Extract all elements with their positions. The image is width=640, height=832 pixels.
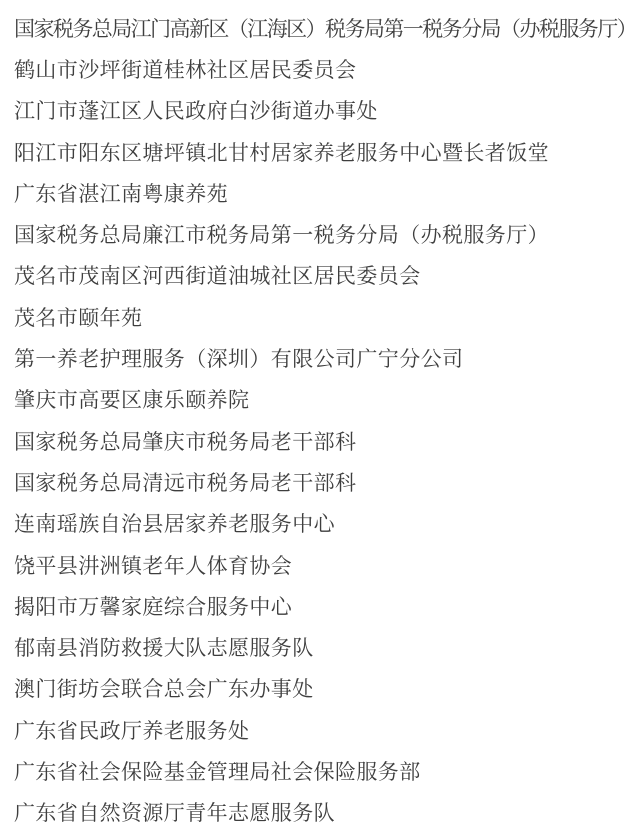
organization-name-text: 广东省社会保险基金管理局社会保险服务部 bbox=[14, 756, 421, 786]
organization-name-text: 江门市蓬江区人民政府白沙街道办事处 bbox=[14, 95, 378, 125]
list-item: 广东省湛江南粤康养苑 bbox=[14, 172, 636, 213]
organization-name-list: 国家税务总局江门高新区（江海区）税务局第一税务分局（办税服务厅） 鹤山市沙坪街道… bbox=[0, 0, 640, 832]
list-item: 肇庆市高要区康乐颐养院 bbox=[14, 379, 636, 420]
organization-name-text: 饶平县汫洲镇老年人体育协会 bbox=[14, 550, 292, 580]
organization-name-text: 国家税务总局江门高新区（江海区）税务局第一税务分局（办税服务厅） bbox=[14, 13, 636, 43]
organization-name-text: 茂名市茂南区河西街道油城社区居民委员会 bbox=[14, 260, 421, 290]
organization-name-text: 澳门街坊会联合总会广东办事处 bbox=[14, 673, 314, 703]
list-item: 国家税务总局江门高新区（江海区）税务局第一税务分局（办税服务厅） bbox=[14, 7, 636, 48]
list-item: 饶平县汫洲镇老年人体育协会 bbox=[14, 544, 636, 585]
list-item: 茂名市茂南区河西街道油城社区居民委员会 bbox=[14, 255, 636, 296]
organization-name-text: 郁南县消防救援大队志愿服务队 bbox=[14, 632, 314, 662]
organization-name-text: 国家税务总局廉江市税务局第一税务分局（办税服务厅） bbox=[14, 219, 549, 249]
list-item: 连南瑶族自治县居家养老服务中心 bbox=[14, 503, 636, 544]
organization-name-text: 国家税务总局清远市税务局老干部科 bbox=[14, 467, 356, 497]
list-item: 广东省社会保险基金管理局社会保险服务部 bbox=[14, 750, 636, 791]
list-item: 鹤山市沙坪街道桂林社区居民委员会 bbox=[14, 48, 636, 89]
organization-name-text: 鹤山市沙坪街道桂林社区居民委员会 bbox=[14, 54, 356, 84]
organization-name-text: 阳江市阳东区塘坪镇北甘村居家养老服务中心暨长者饭堂 bbox=[14, 137, 549, 167]
list-item: 阳江市阳东区塘坪镇北甘村居家养老服务中心暨长者饭堂 bbox=[14, 131, 636, 172]
list-item: 澳门街坊会联合总会广东办事处 bbox=[14, 668, 636, 709]
organization-name-text: 揭阳市万馨家庭综合服务中心 bbox=[14, 591, 292, 621]
organization-name-text: 广东省民政厅养老服务处 bbox=[14, 715, 249, 745]
organization-name-text: 广东省湛江南粤康养苑 bbox=[14, 178, 228, 208]
organization-name-text: 广东省自然资源厅青年志愿服务队 bbox=[14, 797, 335, 827]
list-item: 江门市蓬江区人民政府白沙街道办事处 bbox=[14, 90, 636, 131]
list-item: 国家税务总局肇庆市税务局老干部科 bbox=[14, 420, 636, 461]
list-item: 郁南县消防救援大队志愿服务队 bbox=[14, 626, 636, 667]
list-item: 茂名市颐年苑 bbox=[14, 296, 636, 337]
organization-name-text: 茂名市颐年苑 bbox=[14, 302, 142, 332]
organization-name-text: 肇庆市高要区康乐颐养院 bbox=[14, 384, 249, 414]
list-item: 国家税务总局廉江市税务局第一税务分局（办税服务厅） bbox=[14, 213, 636, 254]
list-item: 广东省民政厅养老服务处 bbox=[14, 709, 636, 750]
organization-name-text: 连南瑶族自治县居家养老服务中心 bbox=[14, 508, 335, 538]
organization-name-text: 国家税务总局肇庆市税务局老干部科 bbox=[14, 426, 356, 456]
organization-name-text: 第一养老护理服务（深圳）有限公司广宁分公司 bbox=[14, 343, 463, 373]
list-item: 国家税务总局清远市税务局老干部科 bbox=[14, 461, 636, 502]
list-item: 揭阳市万馨家庭综合服务中心 bbox=[14, 585, 636, 626]
list-item: 第一养老护理服务（深圳）有限公司广宁分公司 bbox=[14, 337, 636, 378]
list-item: 广东省自然资源厅青年志愿服务队 bbox=[14, 792, 636, 832]
